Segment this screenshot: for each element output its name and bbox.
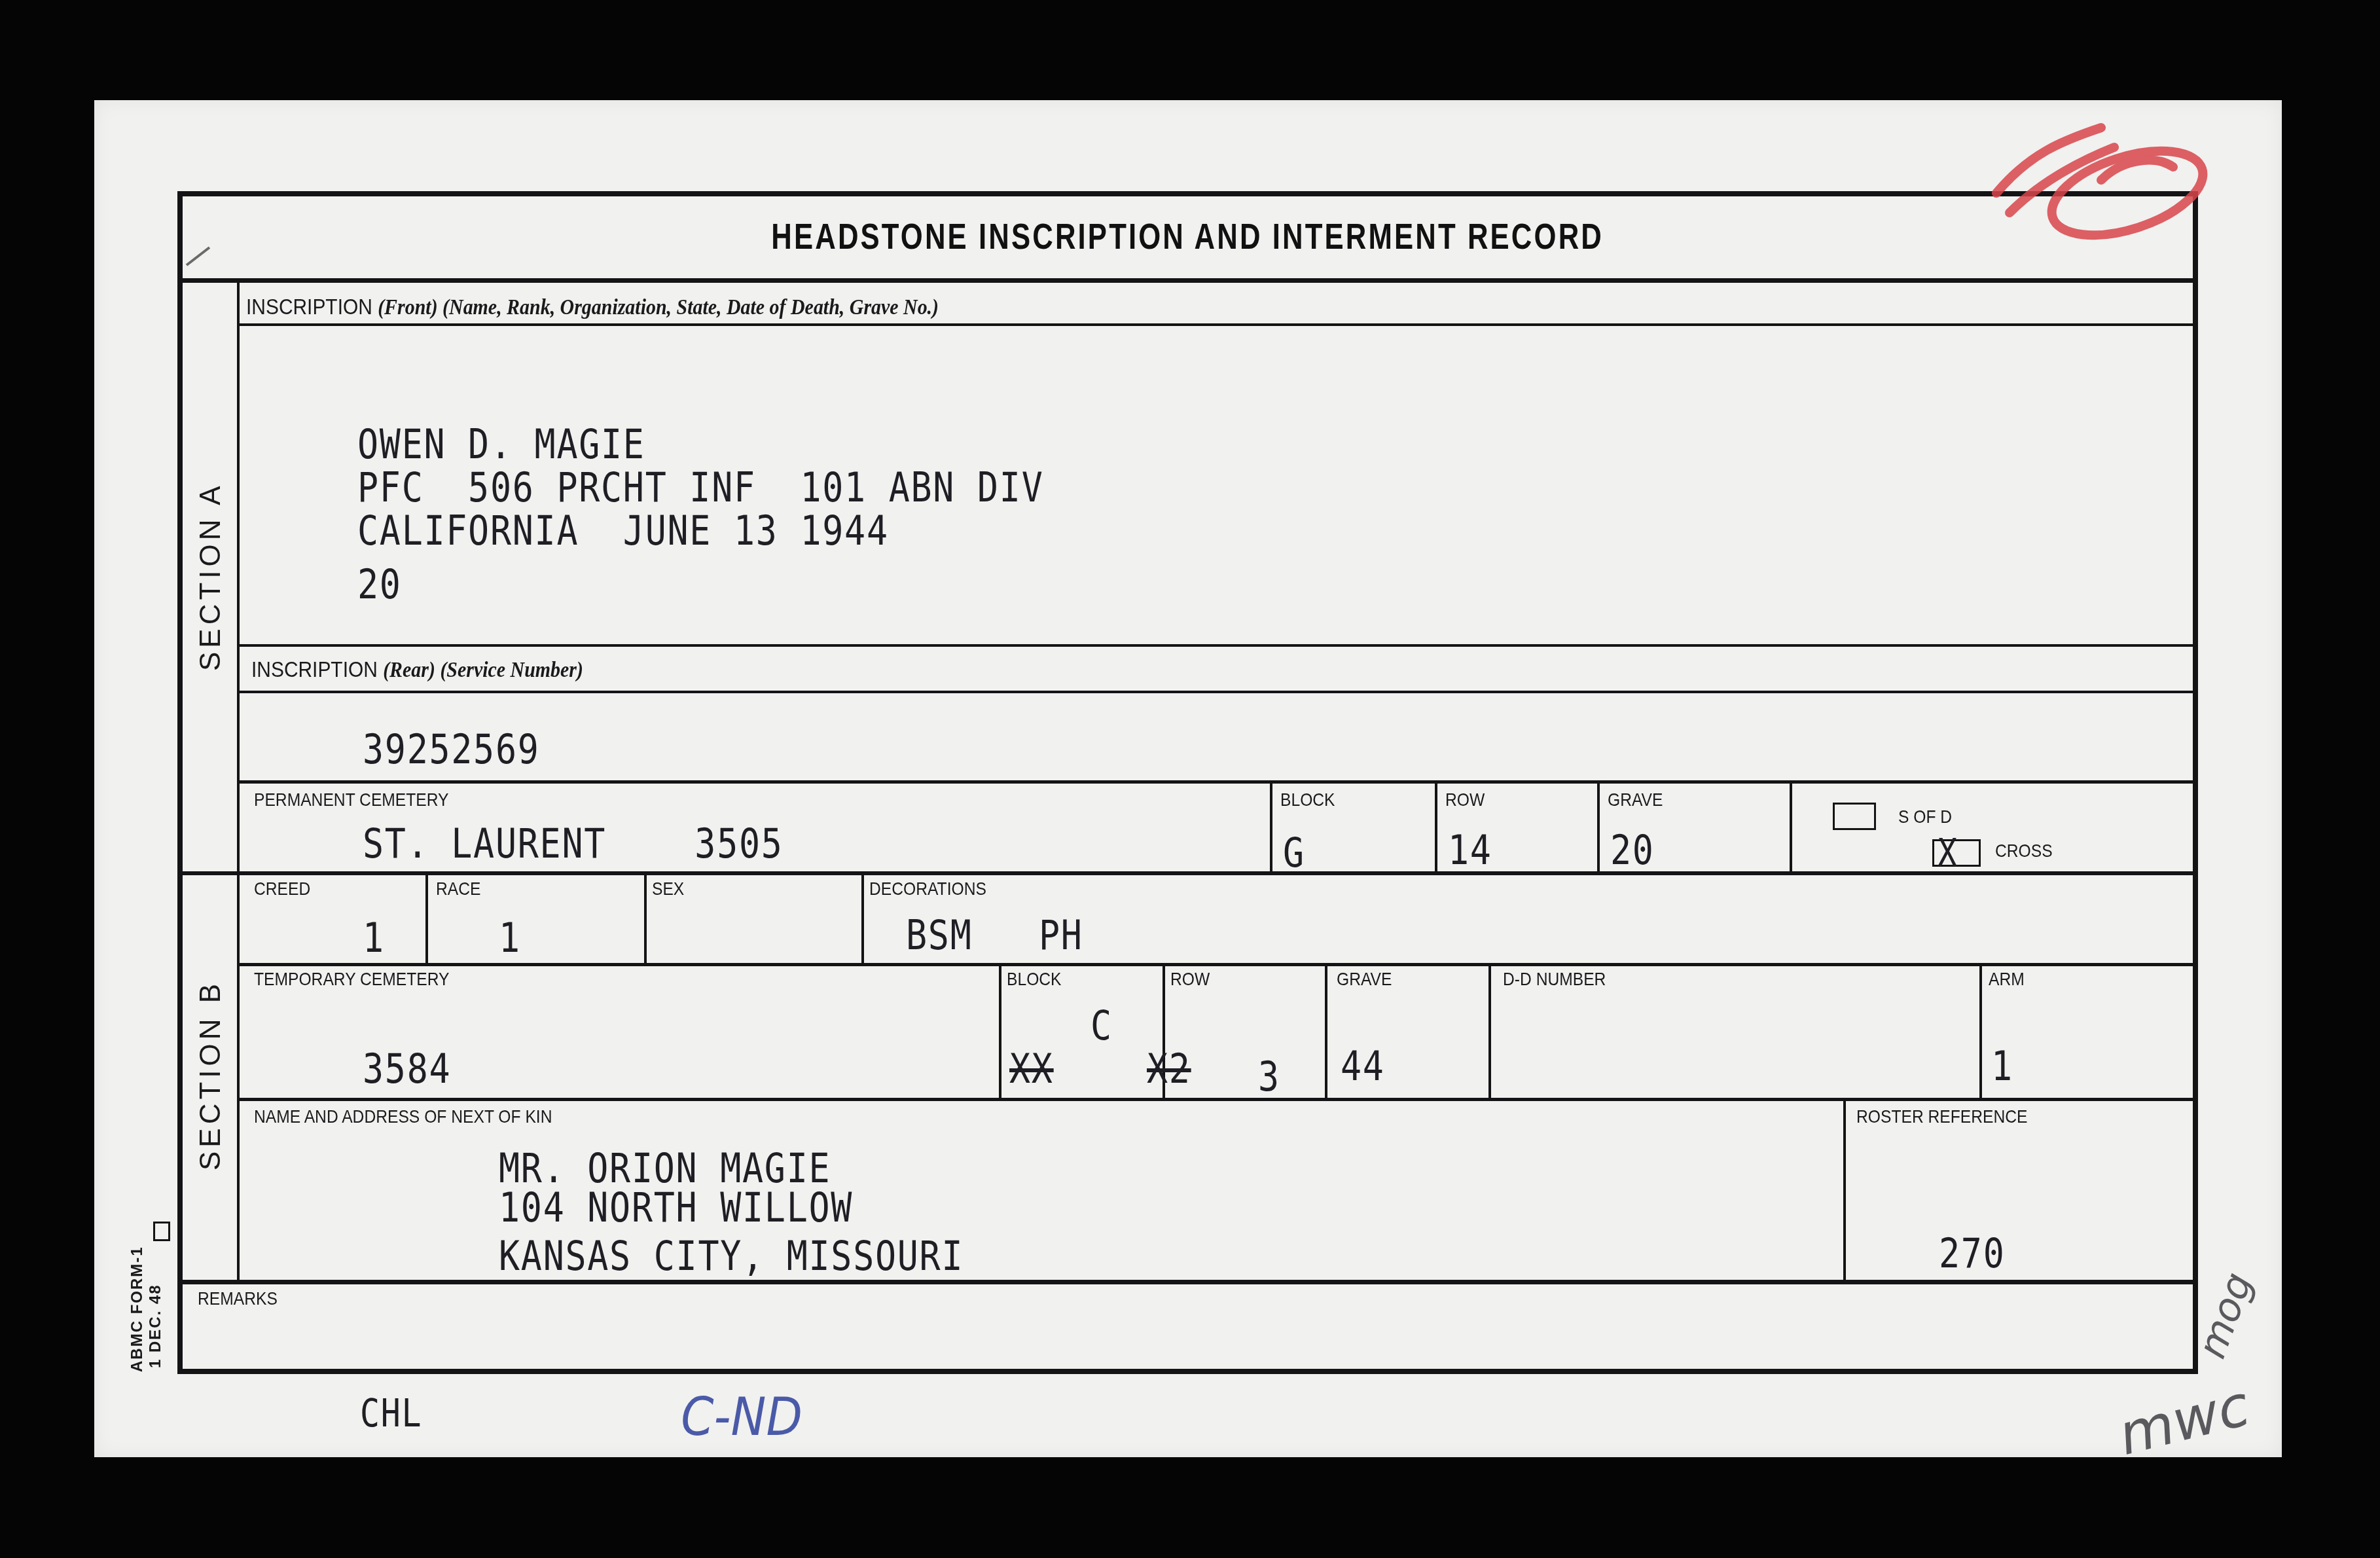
divider xyxy=(240,1098,2194,1101)
next-of-kin-line-2: 104 NORTH WILLOW xyxy=(499,1186,853,1229)
divider xyxy=(240,691,2194,693)
temporary-row-value: 3 xyxy=(1258,1055,1280,1098)
permanent-row-value: 14 xyxy=(1448,829,1492,872)
divider xyxy=(644,875,647,964)
form-number: ABMC FORM-1 1 DEC. 48 xyxy=(128,1246,165,1372)
sofd-label: S OF D xyxy=(1898,806,1952,827)
race-value: 1 xyxy=(499,916,521,960)
divider xyxy=(1435,782,1437,873)
cross-label: CROSS xyxy=(1995,841,2053,861)
temporary-grave-label: GRAVE xyxy=(1337,969,1392,990)
permanent-block-value: G xyxy=(1283,831,1305,875)
inscription-front-line-1: OWEN D. MAGIE xyxy=(357,423,645,466)
form-number-line-2: 1 DEC. 48 xyxy=(147,1246,165,1372)
label-italic-text: (Rear) (Service Number) xyxy=(383,658,583,682)
divider xyxy=(240,963,2194,966)
section-divider xyxy=(177,871,2198,875)
temporary-block-struck: XX xyxy=(1009,1047,1054,1091)
permanent-cemetery-value: ST. LAURENT 3505 xyxy=(363,822,784,865)
roster-reference-value: 270 xyxy=(1939,1232,2005,1275)
inscription-front-line-4: 20 xyxy=(357,563,402,606)
roster-reference-label: ROSTER REFERENCE xyxy=(1856,1106,2027,1127)
permanent-grave-value: 20 xyxy=(1610,829,1655,872)
blue-handwriting: C-ND xyxy=(681,1386,802,1447)
service-number: 39252569 xyxy=(363,728,540,771)
divider xyxy=(1597,782,1600,873)
divider xyxy=(240,323,2194,326)
inscription-front-line-3: CALIFORNIA JUNE 13 1944 xyxy=(357,509,889,553)
inscription-front-label: INSCRIPTION (Front) (Name, Rank, Organiz… xyxy=(246,295,939,320)
race-label: RACE xyxy=(436,879,480,899)
temporary-cemetery-value: 3584 xyxy=(363,1047,451,1091)
divider xyxy=(240,644,2194,647)
label-text: INSCRIPTION xyxy=(246,295,372,319)
permanent-block-label: BLOCK xyxy=(1280,789,1335,810)
cross-check-mark: X xyxy=(1938,831,1958,875)
form-title: HEADSTONE INSCRIPTION AND INTERMENT RECO… xyxy=(772,215,1604,257)
temporary-grave-value: 44 xyxy=(1341,1045,1385,1088)
divider xyxy=(177,278,2198,283)
label-italic-text: (Front) (Name, Rank, Organization, State… xyxy=(378,295,939,319)
divider xyxy=(999,966,1001,1099)
creed-label: CREED xyxy=(254,879,310,899)
decorations-value: BSM PH xyxy=(906,914,1083,957)
remarks-label: REMARKS xyxy=(198,1288,278,1309)
next-of-kin-line-3: KANSAS CITY, MISSOURI xyxy=(499,1235,964,1278)
form-number-line-1: ABMC FORM-1 xyxy=(128,1246,147,1372)
divider xyxy=(1979,966,1982,1099)
temporary-row-label: ROW xyxy=(1170,969,1210,990)
temporary-cemetery-label: TEMPORARY CEMETERY xyxy=(254,969,449,990)
permanent-row-label: ROW xyxy=(1445,789,1485,810)
section-b-label: SECTION B xyxy=(194,980,227,1170)
divider xyxy=(1488,966,1491,1099)
divider xyxy=(861,875,864,964)
divider xyxy=(1843,1101,1846,1281)
sex-label: SEX xyxy=(652,879,684,899)
typed-annotation-chl: CHL xyxy=(360,1392,422,1435)
next-of-kin-label: NAME AND ADDRESS OF NEXT OF KIN xyxy=(254,1106,552,1127)
temporary-block-value: C xyxy=(1091,1004,1113,1047)
pencil-tick-mark xyxy=(183,242,216,268)
dd-number-label: D-D NUMBER xyxy=(1503,969,1606,990)
temporary-row-struck: X2 xyxy=(1147,1047,1191,1091)
creed-value: 1 xyxy=(363,916,385,960)
form-title-bar: HEADSTONE INSCRIPTION AND INTERMENT RECO… xyxy=(177,191,2198,281)
arm-value: 1 xyxy=(1991,1045,2013,1088)
divider xyxy=(1790,782,1792,873)
inscription-rear-label: INSCRIPTION (Rear) (Service Number) xyxy=(251,657,583,683)
permanent-grave-label: GRAVE xyxy=(1608,789,1663,810)
form-corner-checkbox xyxy=(153,1222,170,1241)
divider xyxy=(1270,782,1272,873)
inscription-front-line-2: PFC 506 PRCHT INF 101 ABN DIV xyxy=(357,466,1043,509)
arm-label: ARM xyxy=(1989,969,2025,990)
sofd-checkbox[interactable] xyxy=(1833,803,1876,830)
divider xyxy=(177,1280,2198,1284)
temporary-block-label: BLOCK xyxy=(1007,969,1062,990)
permanent-cemetery-label: PERMANENT CEMETERY xyxy=(254,789,449,810)
decorations-label: DECORATIONS xyxy=(869,879,986,899)
red-crayon-mark xyxy=(1983,115,2219,252)
section-a-label: SECTION A xyxy=(194,482,227,671)
divider xyxy=(1325,966,1327,1099)
divider xyxy=(240,780,2194,784)
label-text: INSCRIPTION xyxy=(251,657,378,682)
divider xyxy=(425,875,428,964)
